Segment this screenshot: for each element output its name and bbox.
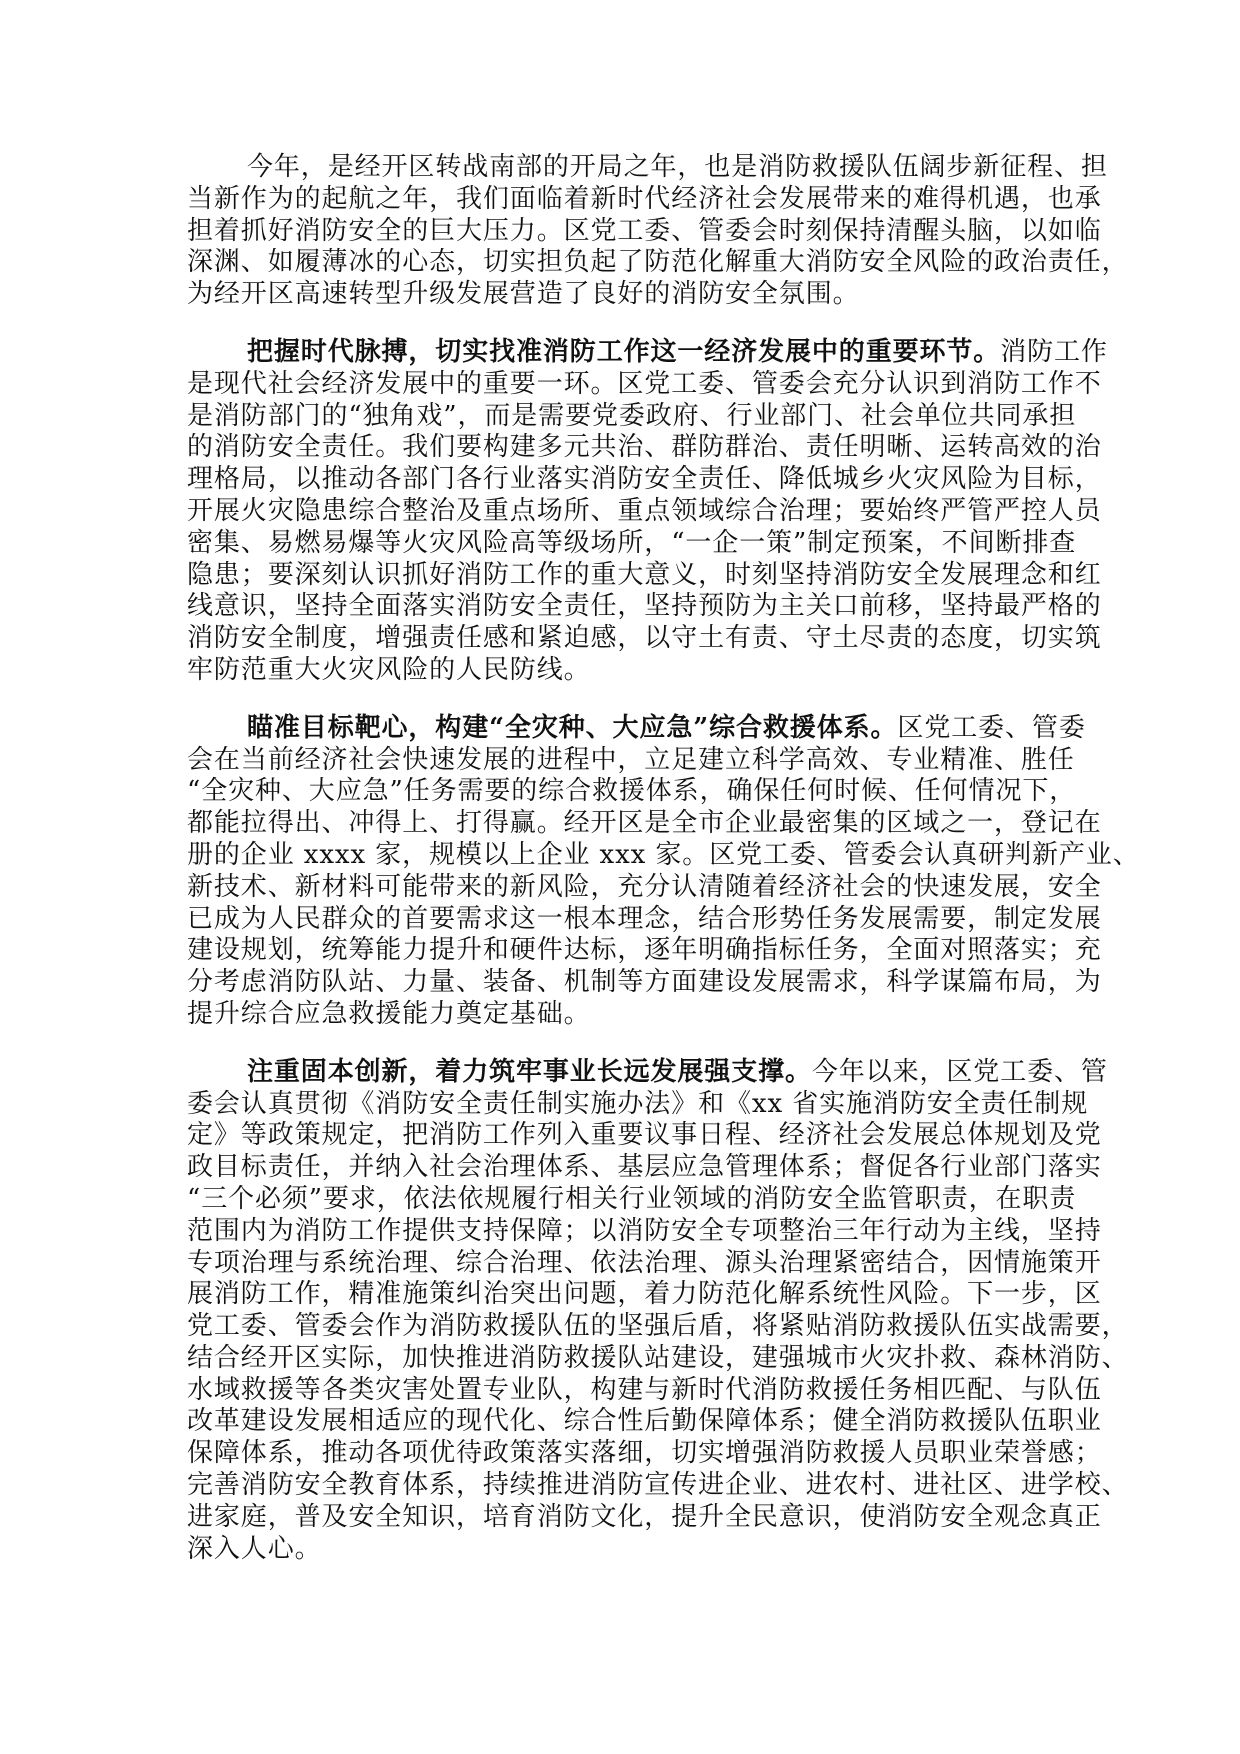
text-line: 委会认真贯彻《消防安全责任制实施办法》和《xx 省实施消防安全责任制规 bbox=[187, 1089, 1057, 1121]
text-line: 消防安全制度，增强责任感和紧迫感，以守土有责、守土尽责的态度，切实筑 bbox=[187, 623, 1057, 655]
text-line: 开展火灾隐患综合整治及重点场所、重点领域综合治理；要始终严管严控人员 bbox=[187, 496, 1057, 528]
text-line: 为经开区高速转型升级发展营造了良好的消防安全氛围。 bbox=[187, 279, 1057, 311]
text-line: 瞄准目标靶心，构建“全灾种、大应急”综合救援体系。区党工委、管委 bbox=[187, 713, 1057, 745]
text-line: 担着抓好消防安全的巨大压力。区党工委、管委会时刻保持清醒头脑，以如临 bbox=[187, 216, 1057, 248]
text-line: 建设规划，统筹能力提升和硬件达标，逐年明确指标任务，全面对照落实；充 bbox=[187, 935, 1057, 967]
text-line: 改革建设发展相适应的现代化、综合性后勤保障体系；健全消防救援队伍职业 bbox=[187, 1406, 1057, 1438]
text-line: 已成为人民群众的首要需求这一根本理念，结合形势任务发展需要，制定发展 bbox=[187, 904, 1057, 936]
text-line: 是现代社会经济发展中的重要一环。区党工委、管委会充分认识到消防工作不 bbox=[187, 369, 1057, 401]
text-line: 牢防范重大火灾风险的人民防线。 bbox=[187, 655, 1057, 687]
text-line: 深渊、如履薄冰的心态，切实担负起了防范化解重大消防安全风险的政治责任， bbox=[187, 247, 1057, 279]
text-line: 结合经开区实际，加快推进消防救援队站建设，建强城市火灾扑救、森林消防、 bbox=[187, 1343, 1057, 1375]
paragraph-heading: 把握时代脉搏，切实找准消防工作这一经济发展中的重要环节。 bbox=[247, 337, 1000, 367]
text-line: 水域救援等各类灾害处置专业队，构建与新时代消防救援任务相匹配、与队伍 bbox=[187, 1375, 1057, 1407]
text-line: 线意识，坚持全面落实消防安全责任，坚持预防为主关口前移，坚持最严格的 bbox=[187, 591, 1057, 623]
text-line: 隐患；要深刻认识抓好消防工作的重大意义，时刻坚持消防安全发展理念和红 bbox=[187, 560, 1057, 592]
text-line: 密集、易燃易爆等火灾风险高等级场所，“一企一策”制定预案，不间断排查 bbox=[187, 528, 1057, 560]
text-run: 今年以来，区党工委、管 bbox=[812, 1057, 1108, 1087]
text-line: 注重固本创新，着力筑牢事业长远发展强支撑。今年以来，区党工委、管 bbox=[187, 1057, 1057, 1089]
paragraph-heading: 瞄准目标靶心，构建“全灾种、大应急”综合救援体系。 bbox=[247, 713, 897, 743]
paragraph-heading: 注重固本创新，着力筑牢事业长远发展强支撑。 bbox=[247, 1057, 812, 1087]
text-line: 理格局，以推动各部门各行业落实消防安全责任、降低城乡火灾风险为目标， bbox=[187, 464, 1057, 496]
text-line: 定》等政策规定，把消防工作列入重要议事日程、经济社会发展总体规划及党 bbox=[187, 1120, 1057, 1152]
text-line: 今年，是经开区转战南部的开局之年，也是消防救援队伍阔步新征程、担 bbox=[187, 152, 1057, 184]
text-line: “全灾种、大应急”任务需要的综合救援体系，确保任何时候、任何情况下， bbox=[187, 776, 1057, 808]
paragraph-era-pulse: 把握时代脉搏，切实找准消防工作这一经济发展中的重要环节。消防工作 是现代社会经济… bbox=[187, 337, 1057, 687]
text-line: 范围内为消防工作提供支持保障；以消防安全专项整治三年行动为主线，坚持 bbox=[187, 1216, 1057, 1248]
text-line: “三个必须”要求，依法依规履行相关行业领域的消防安全监管职责，在职责 bbox=[187, 1184, 1057, 1216]
text-line: 保障体系，推动各项优待政策落实落细，切实增强消防救援人员职业荣誉感； bbox=[187, 1438, 1057, 1470]
text-line: 册的企业 xxxx 家，规模以上企业 xxx 家。区党工委、管委会认真研判新产业… bbox=[187, 840, 1057, 872]
text-line: 把握时代脉搏，切实找准消防工作这一经济发展中的重要环节。消防工作 bbox=[187, 337, 1057, 369]
text-line: 分考虑消防队站、力量、装备、机制等方面建设发展需求，科学谋篇布局，为 bbox=[187, 967, 1057, 999]
text-line: 专项治理与系统治理、综合治理、依法治理、源头治理紧密结合，因情施策开 bbox=[187, 1248, 1057, 1280]
text-line: 的消防安全责任。我们要构建多元共治、群防群治、责任明晰、运转高效的治 bbox=[187, 432, 1057, 464]
text-line: 都能拉得出、冲得上、打得赢。经开区是全市企业最密集的区域之一，登记在 bbox=[187, 808, 1057, 840]
text-line: 深入人心。 bbox=[187, 1534, 1057, 1566]
document-page: 今年，是经开区转战南部的开局之年，也是消防救援队伍阔步新征程、担 当新作为的起航… bbox=[187, 152, 1057, 1591]
paragraph-intro: 今年，是经开区转战南部的开局之年，也是消防救援队伍阔步新征程、担 当新作为的起航… bbox=[187, 152, 1057, 311]
text-line: 当新作为的起航之年，我们面临着新时代经济社会发展带来的难得机遇，也承 bbox=[187, 184, 1057, 216]
paragraph-target: 瞄准目标靶心，构建“全灾种、大应急”综合救援体系。区党工委、管委 会在当前经济社… bbox=[187, 713, 1057, 1031]
text-line: 进家庭，普及安全知识，培育消防文化，提升全民意识，使消防安全观念真正 bbox=[187, 1502, 1057, 1534]
text-line: 政目标责任，并纳入社会治理体系、基层应急管理体系；督促各行业部门落实 bbox=[187, 1152, 1057, 1184]
text-line: 展消防工作，精准施策纠治突出问题，着力防范化解系统性风险。下一步，区 bbox=[187, 1279, 1057, 1311]
text-line: 会在当前经济社会快速发展的进程中，立足建立科学高效、专业精准、胜任 bbox=[187, 745, 1057, 777]
text-run: 消防工作 bbox=[1000, 337, 1108, 367]
text-line: 是消防部门的“独角戏”，而是需要党委政府、行业部门、社会单位共同承担 bbox=[187, 401, 1057, 433]
paragraph-innovation: 注重固本创新，着力筑牢事业长远发展强支撑。今年以来，区党工委、管 委会认真贯彻《… bbox=[187, 1057, 1057, 1566]
text-line: 新技术、新材料可能带来的新风险，充分认清随着经济社会的快速发展，安全 bbox=[187, 872, 1057, 904]
text-line: 完善消防安全教育体系，持续推进消防宣传进企业、进农村、进社区、进学校、 bbox=[187, 1470, 1057, 1502]
text-line: 党工委、管委会作为消防救援队伍的坚强后盾，将紧贴消防救援队伍实战需要， bbox=[187, 1311, 1057, 1343]
text-run: 区党工委、管委 bbox=[897, 713, 1085, 743]
text-line: 提升综合应急救援能力奠定基础。 bbox=[187, 999, 1057, 1031]
